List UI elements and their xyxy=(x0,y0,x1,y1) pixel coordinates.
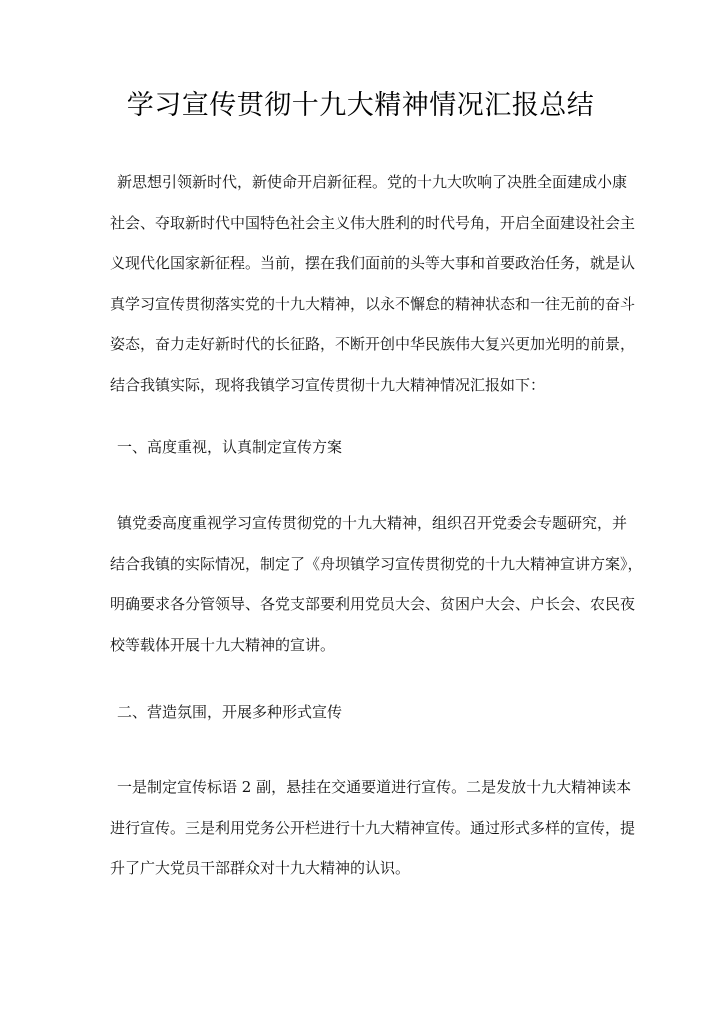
section-1-line: 镇党委高度重视学习宣传贯彻党的十九大精神，组织召开党委会专题研究，并 xyxy=(110,503,626,544)
intro-line: 义现代化国家新征程。当前，摆在我们面前的头等大事和首要政治任务，就是认 xyxy=(110,243,626,284)
section-2-line: 一是制定宣传标语 2 副，悬挂在交通要道进行宣传。二是发放十九大精神读本 xyxy=(110,767,626,808)
section-1-line: 明确要求各分管领导、各党支部要利用党员大会、贫困户大会、户长会、农民夜 xyxy=(110,584,626,625)
intro-line: 社会、夺取新时代中国特色社会主义伟大胜利的时代号角，开启全面建设社会主 xyxy=(110,203,626,244)
intro-line: 姿态，奋力走好新时代的长征路，不断开创中华民族伟大复兴更加光明的前景， xyxy=(110,324,626,365)
section-1-line: 结合我镇的实际情况，制定了《舟坝镇学习宣传贯彻党的十九大精神宣讲方案》， xyxy=(110,544,626,585)
section-1-paragraph: 镇党委高度重视学习宣传贯彻党的十九大精神，组织召开党委会专题研究，并 结合我镇的… xyxy=(110,503,626,665)
section-2-paragraph: 一是制定宣传标语 2 副，悬挂在交通要道进行宣传。二是发放十九大精神读本 进行宣… xyxy=(110,767,626,889)
document-title: 学习宣传贯彻十九大精神情况汇报总结 xyxy=(0,86,721,126)
intro-line: 新思想引领新时代，新使命开启新征程。党的十九大吹响了决胜全面建成小康 xyxy=(110,162,626,203)
intro-line: 真学习宣传贯彻落实党的十九大精神，以永不懈怠的精神状态和一往无前的奋斗 xyxy=(110,284,626,325)
section-heading-1: 一、高度重视，认真制定宣传方案 xyxy=(117,432,342,462)
document-page: 学习宣传贯彻十九大精神情况汇报总结 新思想引领新时代，新使命开启新征程。党的十九… xyxy=(0,0,721,1020)
section-heading-2: 二、营造氛围，开展多种形式宣传 xyxy=(117,697,342,727)
section-2-line: 进行宣传。三是利用党务公开栏进行十九大精神宣传。通过形式多样的宣传，提 xyxy=(110,808,626,849)
section-1-line: 校等载体开展十九大精神的宣讲。 xyxy=(110,625,626,666)
section-2-line: 升了广大党员干部群众对十九大精神的认识。 xyxy=(110,848,626,889)
intro-line: 结合我镇实际，现将我镇学习宣传贯彻十九大精神情况汇报如下： xyxy=(110,365,626,406)
intro-paragraph: 新思想引领新时代，新使命开启新征程。党的十九大吹响了决胜全面建成小康 社会、夺取… xyxy=(110,162,626,406)
